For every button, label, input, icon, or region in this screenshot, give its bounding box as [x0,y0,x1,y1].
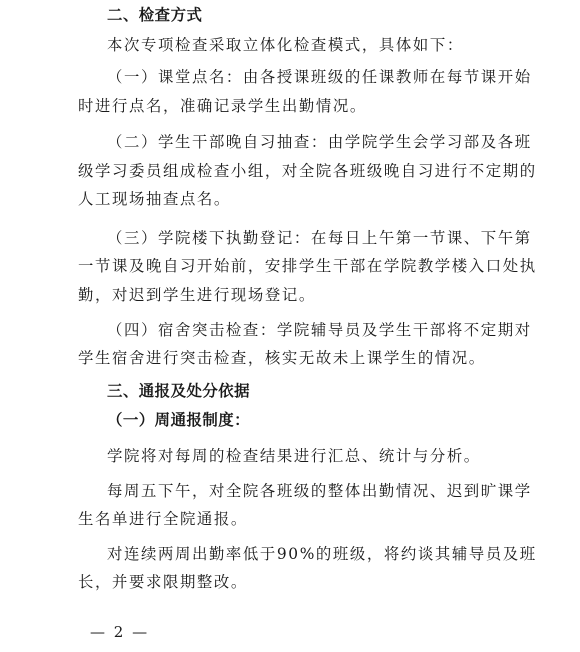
paragraph-2-line-1: 每周五下午，对全院各班级的整体出勤情况、迟到旷课学 [107,481,502,501]
item-3-line-2: 一节课及晚自习开始前，安排学生干部在学院教学楼入口处执 [78,256,502,276]
item-3-line-1: （三）学院楼下执勤登记：在每日上午第一节课、下午第 [107,228,502,248]
paragraph-3-line-1: 对连续两周出勤率低于90%的班级，将约谈其辅导员及班 [107,544,502,564]
subheading-weekly-report: （一）周通报制度： [107,410,502,430]
paragraph-1-line-1: 学院将对每周的检查结果进行汇总、统计与分析。 [107,446,502,466]
item-2-line-2: 级学习委员组成检查小组，对全院各班级晚自习进行不定期的 [78,161,502,181]
item-1-line-2: 时进行点名，准确记录学生出勤情况。 [78,96,502,116]
page-number: — 2 — [90,623,149,641]
item-4-line-1: （四）宿舍突击检查：学院辅导员及学生干部将不定期对 [107,320,502,340]
section-intro: 本次专项检查采取立体化检查模式，具体如下： [107,35,502,55]
item-2-line-3: 人工现场抽查点名。 [78,189,502,209]
item-2-line-1: （二）学生干部晚自习抽查：由学院学生会学习部及各班 [107,132,502,152]
item-3-line-3: 勤，对迟到学生进行现场登记。 [78,285,502,305]
section-heading-notification: 三、通报及处分依据 [107,381,502,401]
document-page: 二、检查方式 本次专项检查采取立体化检查模式，具体如下： （一）课堂点名：由各授… [0,0,580,652]
paragraph-3-line-2: 长，并要求限期整改。 [78,572,502,592]
paragraph-2-line-2: 生名单进行全院通报。 [78,509,502,529]
item-1-line-1: （一）课堂点名：由各授课班级的任课教师在每节课开始 [107,67,502,87]
section-heading-inspection-methods: 二、检查方式 [107,5,502,25]
item-4-line-2: 学生宿舍进行突击检查，核实无故未上课学生的情况。 [78,348,502,368]
